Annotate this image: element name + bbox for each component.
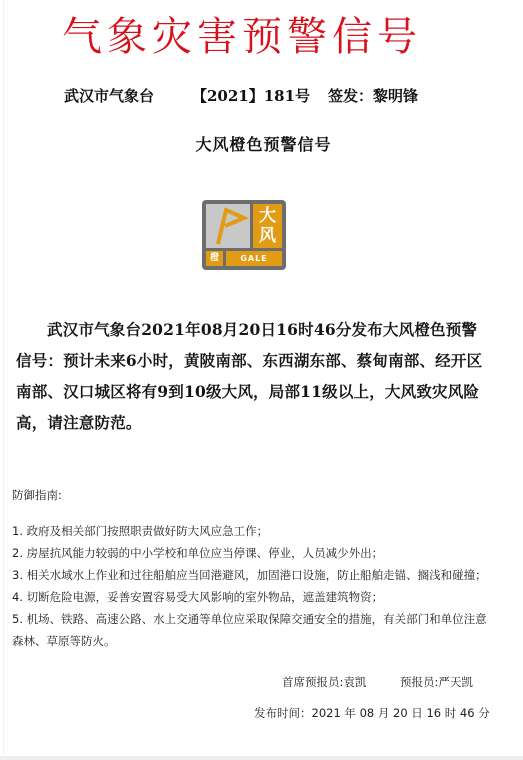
guide-item: 2. 房屋抗风能力较弱的中小学校和单位应当停课、停业，人员减少外出； — [12, 542, 492, 564]
guide-title: 防御指南: — [12, 484, 492, 506]
defense-guide: 防御指南: 1. 政府及相关部门按照职责做好防大风应急工作； 2. 房屋抗风能力… — [12, 484, 492, 652]
signal-char-1: 大 — [253, 206, 282, 226]
forecaster: 预报员:严天凯 — [400, 675, 473, 689]
guide-item: 3. 相关水域水上作业和过往船舶应当回港避风，加固港口设施，防止船舶走锚、搁浅和… — [12, 564, 492, 586]
signal-char-2: 风 — [253, 226, 282, 246]
document-signer: 签发：黎明锋 — [328, 86, 418, 106]
page-edge — [3, 0, 4, 760]
publish-time: 发布时间：2021 年 08 月 20 日 16 时 46 分 — [254, 705, 490, 721]
warning-body: 武汉市气象台2021年08月20日16时46分发布大风橙色预警信号：预计未来6小… — [16, 314, 486, 438]
guide-item: 4. 切断危险电源，妥善安置容易受大风影响的室外物品，遮盖建筑物资； — [12, 586, 492, 608]
signal-english: GALE — [226, 251, 282, 266]
forecasters: 首席预报员:袁凯 预报员:严天凯 — [282, 674, 473, 690]
signal-char-box: 大 风 — [253, 204, 282, 248]
chief-forecaster: 首席预报员:袁凯 — [282, 675, 366, 689]
document-number: 【2021】181号 — [192, 86, 310, 106]
guide-item: 5. 机场、铁路、高速公路、水上交通等单位应采取保障交通安全的措施，有关部门和单… — [12, 608, 492, 652]
wind-flag-icon — [206, 204, 250, 248]
signal-level: 橙 — [206, 251, 223, 266]
warning-document: 气象灾害预警信号 武汉市气象台 【2021】181号 签发：黎明锋 大风橙色预警… — [0, 0, 523, 760]
warning-subtitle: 大风橙色预警信号 — [0, 132, 523, 155]
document-title: 气象灾害预警信号 — [62, 12, 442, 62]
guide-list: 1. 政府及相关部门按照职责做好防大风应急工作； 2. 房屋抗风能力较弱的中小学… — [12, 520, 492, 652]
page-bottom-edge — [0, 756, 523, 760]
gale-orange-warning-icon: 大 风 橙 GALE — [202, 200, 286, 270]
guide-item: 1. 政府及相关部门按照职责做好防大风应急工作； — [12, 520, 492, 542]
issuing-office: 武汉市气象台 — [64, 86, 154, 106]
